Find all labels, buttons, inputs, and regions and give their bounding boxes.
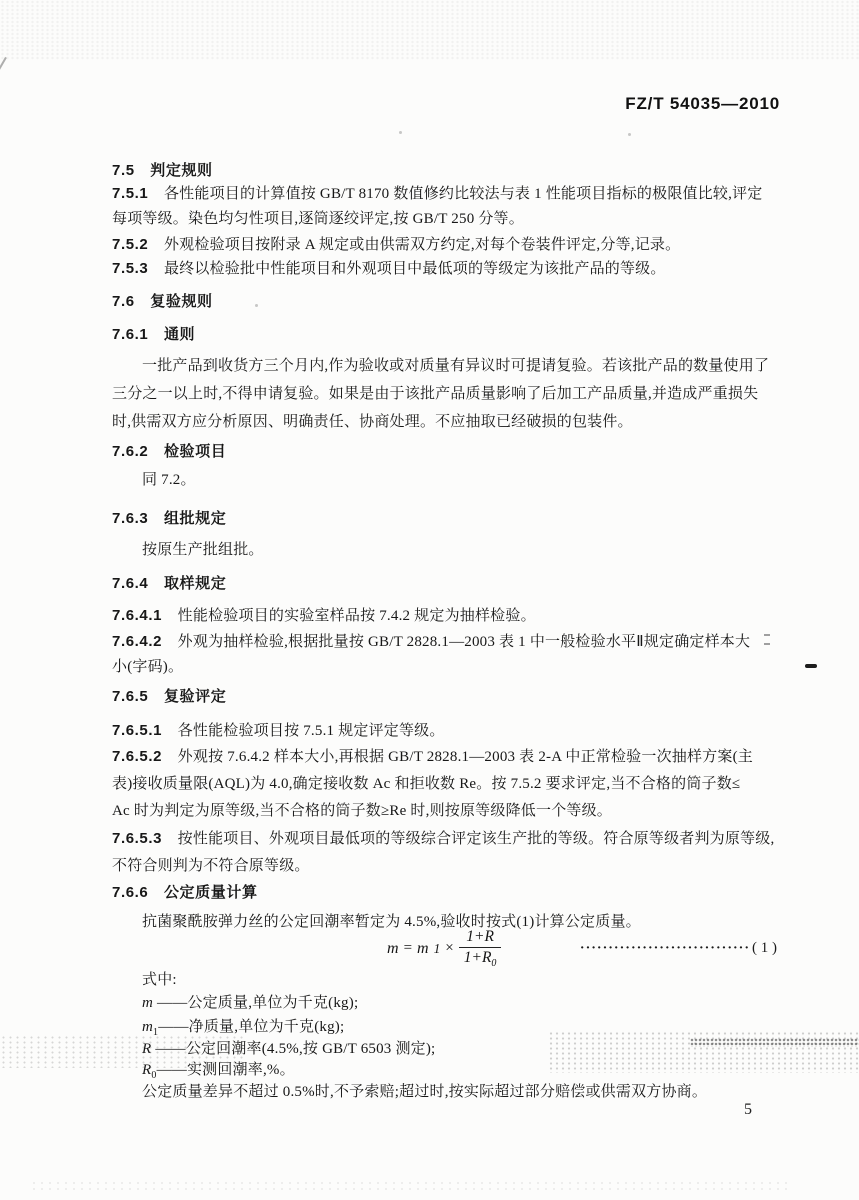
equation-label: ( 1 ) [752, 940, 777, 956]
scan-mark-tick [764, 643, 770, 645]
equation-dots: ······························ [580, 941, 750, 956]
def-r0: R0——实测回潮率,%。 [142, 1062, 295, 1084]
scan-noise-bottom [30, 1180, 790, 1194]
heading-7-6-1: 7.6.1 通则 [112, 326, 195, 343]
para-7-6-4-2-line2: 小(字码)。 [112, 659, 183, 676]
heading-7-6-4: 7.6.4 取样规定 [112, 575, 226, 592]
scan-mark-dot [628, 133, 631, 136]
equation-number: ······························( 1 ) [580, 940, 777, 957]
para-7-6-4-1: 7.6.4.1 性能检验项目的实验室样品按 7.4.2 规定为抽样检验。 [112, 607, 536, 625]
para-7-6-6-final: 公定质量差异不超过 0.5%时,不予索赔;超过时,按实际超过部分赔偿或供需双方协… [142, 1084, 707, 1101]
para-7-6-5-2-line1: 7.6.5.2 外观按 7.6.4.2 样本大小,再根据 GB/T 2828.1… [112, 748, 753, 766]
formula-where: 式中: [142, 972, 177, 989]
para-7-6-4-2-line1: 7.6.4.2 外观为抽样检验,根据批量按 GB/T 2828.1—2003 表… [112, 633, 750, 651]
para-7-5-2: 7.5.2 外观检验项目按附录 A 规定或由供需双方约定,对每个卷装件评定,分等… [112, 236, 680, 254]
para-7-6-1-line1: 一批产品到收货方三个月内,作为验收或对质量有异议时可提请复验。若该批产品的数量使… [142, 358, 769, 375]
scan-noise-right [548, 1031, 859, 1073]
heading-7-6-3: 7.6.3 组批规定 [112, 510, 226, 527]
para-7-6-5-1: 7.6.5.1 各性能检验项目按 7.5.1 规定评定等级。 [112, 722, 445, 740]
para-7-6-1-line3: 时,供需双方应分析原因、明确责任、协商处理。不应抽取已经破损的包装件。 [112, 414, 633, 431]
standard-code: FZ/T 54035—2010 [625, 94, 780, 114]
scan-noise-top [0, 0, 859, 60]
heading-7-6-6: 7.6.6 公定质量计算 [112, 884, 258, 901]
formula-numerator: 1+R [461, 929, 499, 947]
formula-var-m: m [387, 940, 399, 958]
def-m1: m1——净质量,单位为千克(kg); [142, 1019, 344, 1041]
formula-times: × [445, 940, 453, 957]
scan-noise-right-dense [690, 1038, 859, 1047]
formula-denominator-main: 1+R [464, 949, 492, 966]
page-number: 5 [744, 1101, 752, 1119]
formula-denominator-sub: 0 [491, 958, 496, 969]
para-7-6-5-2-line3: Ac 时为判定为原等级,当不合格的筒子数≥Re 时,则按原等级降低一个等级。 [112, 803, 612, 820]
scan-mark-dash [805, 664, 817, 668]
scan-mark-dot [255, 304, 258, 307]
para-7-6-3: 按原生产批组批。 [142, 542, 264, 559]
def-r: R ——公定回潮率(4.5%,按 GB/T 6503 测定); [142, 1041, 435, 1058]
formula-var-m1-sub: 1 [434, 941, 441, 957]
para-7-5-1-line1: 7.5.1 各性能项目的计算值按 GB/T 8170 数值修约比较法与表 1 性… [112, 185, 762, 203]
scan-mark-dot [399, 131, 402, 134]
heading-7-6: 7.6 复验规则 [112, 293, 213, 310]
heading-7-6-5: 7.6.5 复验评定 [112, 688, 226, 705]
para-7-6-5-3-line1: 7.6.5.3 按性能项目、外观项目最低项的等级综合评定该生产批的等级。符合原等… [112, 830, 774, 848]
formula-equals: = [404, 940, 412, 957]
heading-7-6-2: 7.6.2 检验项目 [112, 443, 226, 460]
formula-fraction: 1+R 1+R0 [459, 929, 502, 969]
scan-mark-diagonal [0, 57, 7, 75]
formula-var-m1: m [417, 940, 429, 958]
para-7-6-5-2-line2: 表)接收质量限(AQL)为 4.0,确定接收数 Ac 和拒收数 Re。按 7.5… [112, 776, 740, 793]
para-7-5-1-line2: 每项等级。染色均匀性项目,逐筒逐绞评定,按 GB/T 250 分等。 [112, 211, 524, 228]
para-7-6-2: 同 7.2。 [142, 472, 196, 489]
scan-mark-tick [764, 634, 770, 636]
heading-7-5: 7.5 判定规则 [112, 162, 213, 179]
formula-denominator: 1+R0 [459, 947, 502, 969]
def-m: m ——公定质量,单位为千克(kg); [142, 995, 358, 1012]
formula-1: m=m1 × 1+R 1+R0 [387, 929, 501, 969]
para-7-6-5-3-line2: 不符合则判为不符合原等级。 [112, 858, 310, 875]
para-7-6-1-line2: 三分之一以上时,不得申请复验。如果是由于该批产品质量影响了后加工产品质量,并造成… [112, 386, 758, 403]
document-page: FZ/T 54035—2010 7.5 判定规则7.5.1 各性能项目的计算值按… [0, 0, 859, 1200]
para-7-5-3: 7.5.3 最终以检验批中性能项目和外观项目中最低项的等级定为该批产品的等级。 [112, 260, 666, 278]
